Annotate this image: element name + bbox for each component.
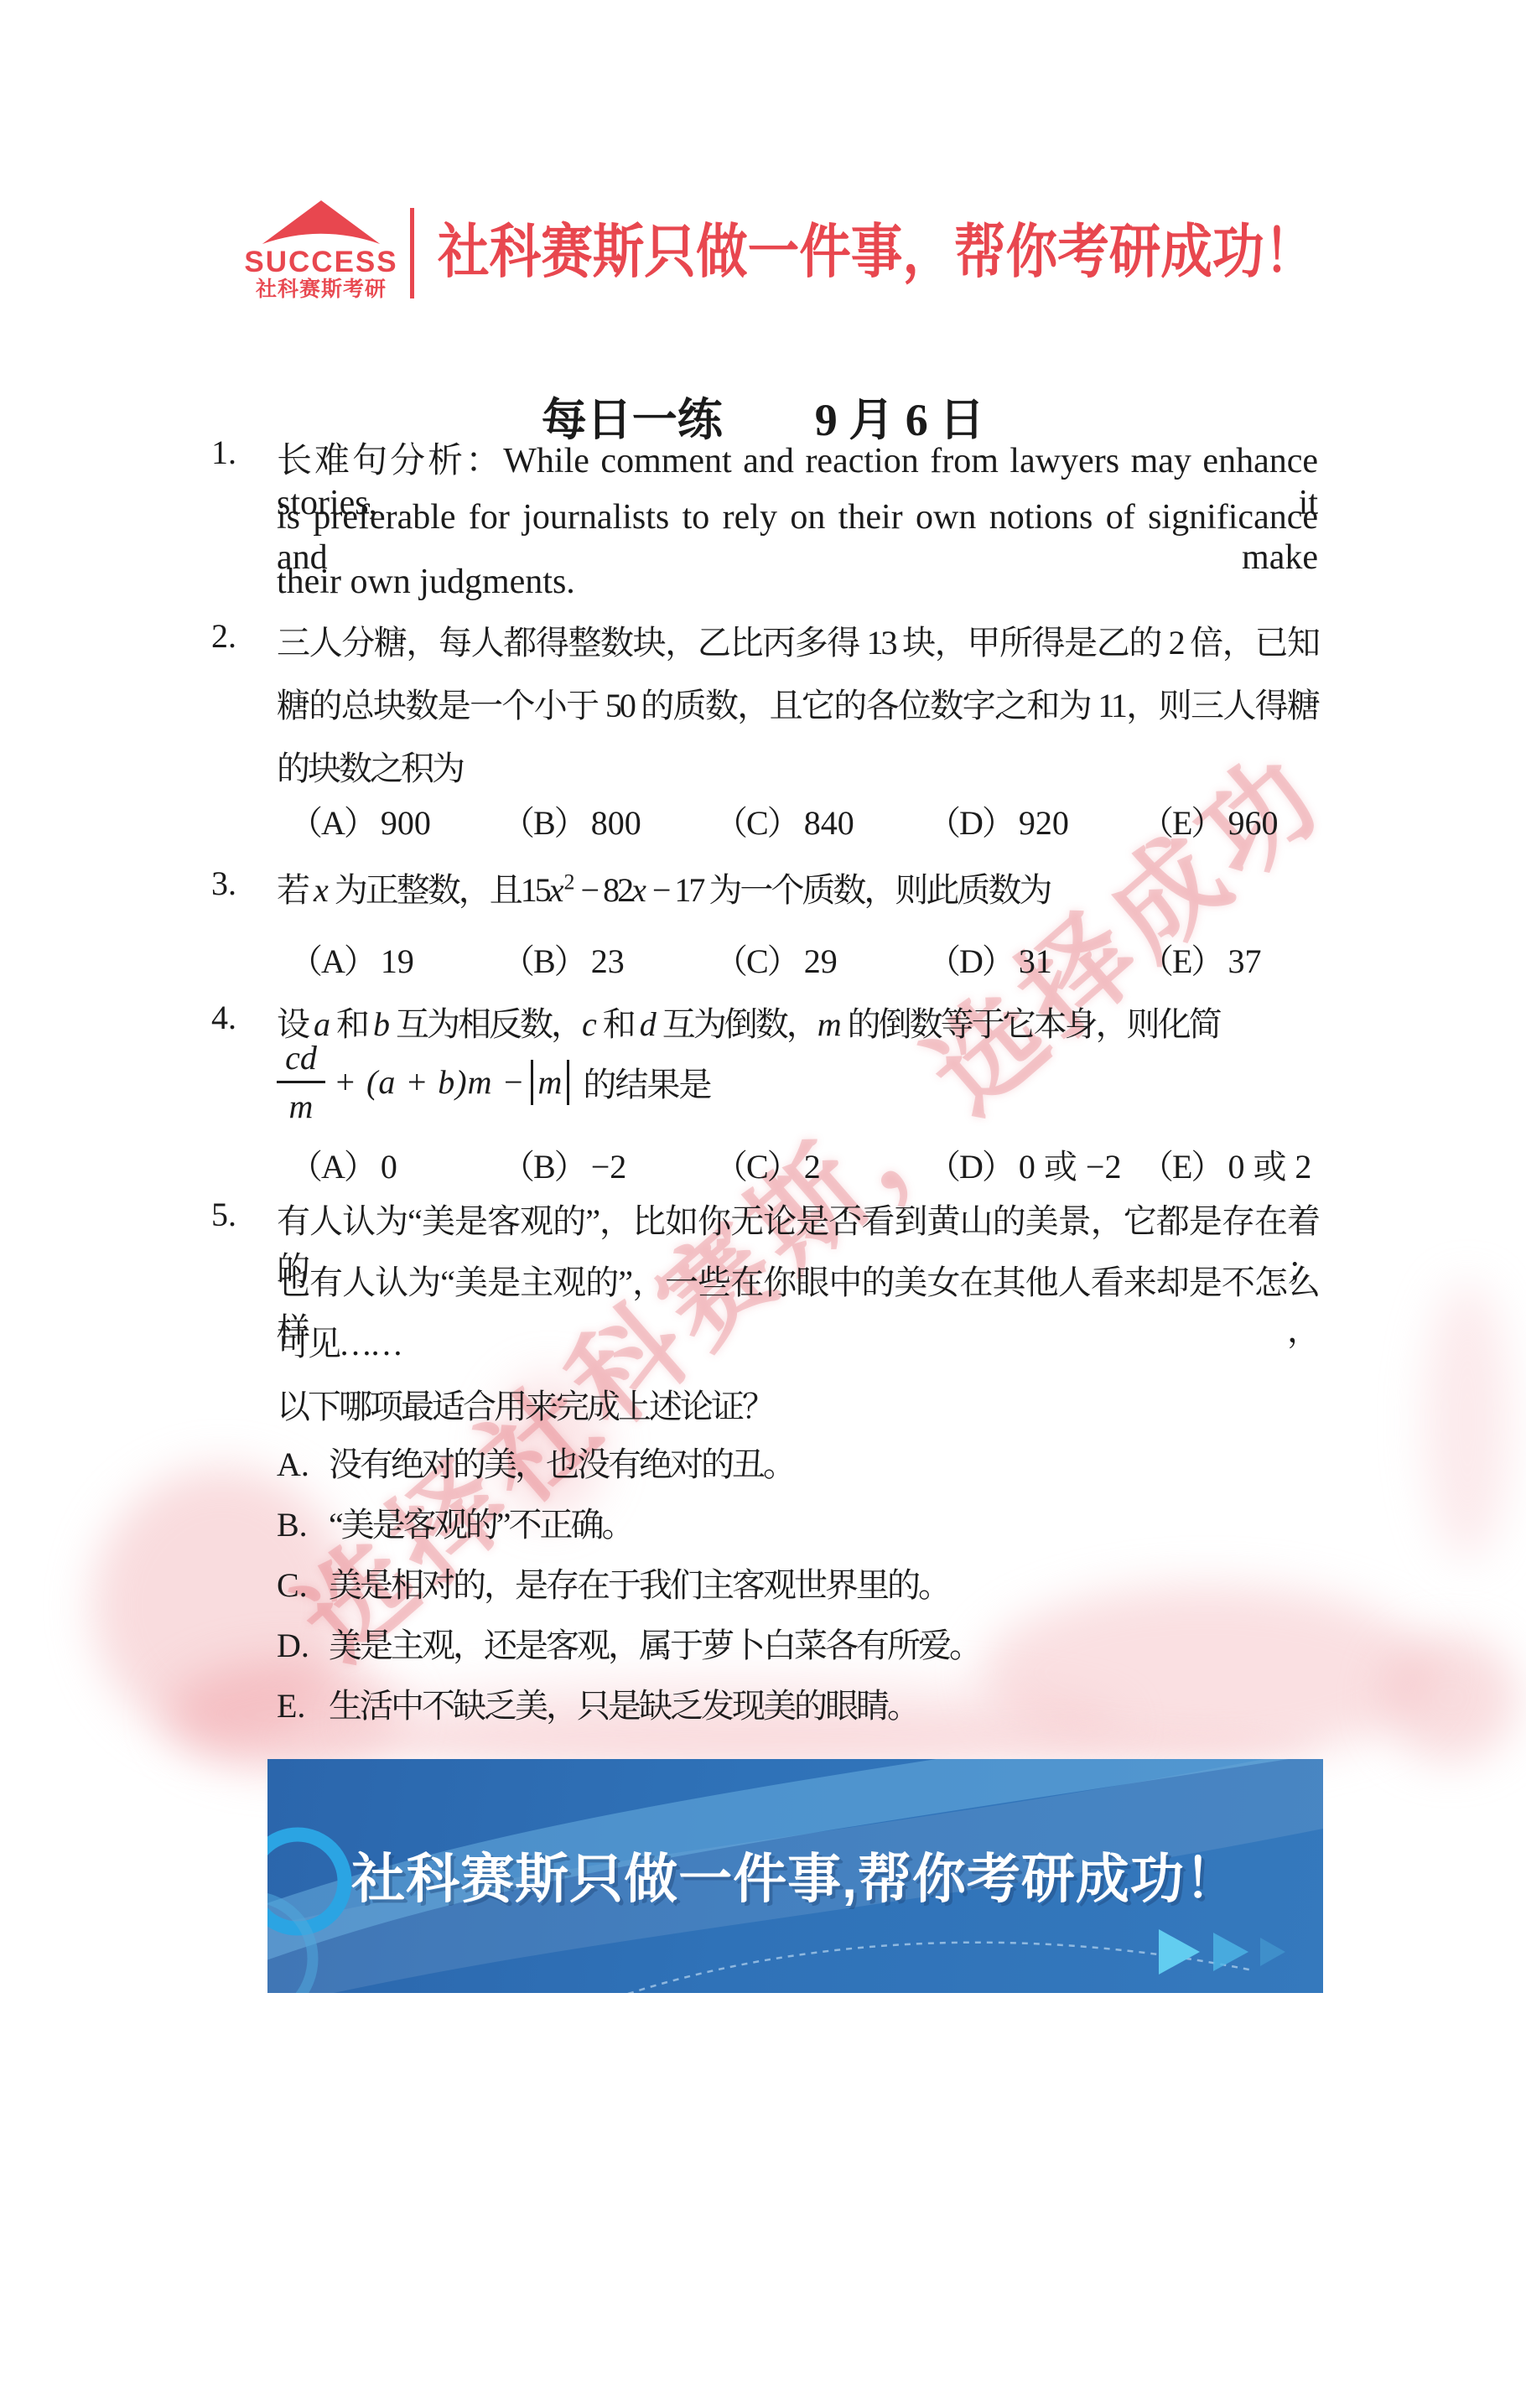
fraction-numerator: cd: [285, 1038, 317, 1077]
option-label: D.: [277, 1626, 329, 1665]
watercolor-blob: [1383, 1635, 1518, 1761]
option-label: （E）: [1140, 942, 1222, 980]
fraction-bar: [277, 1081, 325, 1083]
logo-subtitle: 社科赛斯考研: [237, 278, 405, 302]
option-item: （A）0: [289, 1140, 397, 1188]
option-value: 920: [1019, 804, 1069, 842]
option-value: 0: [381, 1148, 397, 1186]
question-2-number: 2.: [211, 616, 270, 656]
option-label: （C）: [714, 1148, 799, 1186]
option-value: 23: [591, 942, 625, 980]
option-value: 2: [804, 1148, 821, 1186]
abs-var: m: [538, 1062, 563, 1102]
question-5-option: A.没有绝对的美，也没有绝对的丑。: [277, 1438, 1318, 1486]
promo-banner: 社科赛斯只做一件事,帮你考研成功！: [267, 1759, 1323, 1993]
option-item: （E）0 或 2: [1140, 1140, 1311, 1188]
stem-text: 若: [277, 871, 314, 909]
option-label: （D）: [927, 942, 1014, 980]
question-2-line: 三人分糖，每人都得整数块，乙比丙多得 13 块，甲所得是乙的 2 倍，已知: [277, 616, 1318, 664]
option-text: 美是相对的，是存在于我们主客观世界里的。: [329, 1566, 949, 1604]
stem-text: − 17 为一个质数，则此质数为: [646, 871, 1051, 909]
option-value: 37: [1228, 942, 1261, 980]
option-item: （B）800: [501, 797, 641, 844]
page: { "page": {"width": 1820, "height": 2872…: [0, 0, 1526, 2408]
question-3-stem: 若 x 为正整数，且15x2 − 82x − 17 为一个质数，则此质数为: [277, 864, 1318, 911]
option-label: （A）: [289, 804, 376, 842]
option-item: （E）37: [1140, 935, 1261, 983]
watercolor-blob: [1425, 1283, 1509, 1559]
option-label: （C）: [714, 804, 799, 842]
option-value: 0 或 2: [1228, 1148, 1311, 1186]
option-label: （E）: [1140, 804, 1222, 842]
question-4-options: （A）0 （B）−2 （C）2 （D）0 或 −2 （E）0 或 2: [277, 1140, 1318, 1182]
option-label: A.: [277, 1445, 329, 1484]
option-label: （C）: [714, 942, 799, 980]
option-label: （A）: [289, 1148, 376, 1186]
option-label: （E）: [1140, 1148, 1222, 1186]
success-logo: SUCCESS 社科赛斯考研: [237, 198, 405, 302]
option-value: 29: [804, 942, 838, 980]
fraction-denominator: m: [289, 1087, 314, 1126]
option-value: 19: [381, 942, 414, 980]
stem-text: 的倒数等于它本身，则化简: [842, 1005, 1220, 1043]
mountain-icon: [254, 198, 388, 247]
play-arrow-icon: [1159, 1929, 1200, 1975]
stem-text: − 82: [575, 871, 632, 909]
option-label: （B）: [501, 942, 586, 980]
option-value: 960: [1228, 804, 1278, 842]
question-5-option: D.美是主观，还是客观，属于萝卜白菜各有所爱。: [277, 1619, 1318, 1667]
abs-bar: [531, 1060, 533, 1105]
option-label: （D）: [927, 1148, 1014, 1186]
option-text: “美是客观的”不正确。: [329, 1506, 633, 1544]
question-4-number: 4.: [211, 998, 270, 1037]
play-arrow-icon: [1260, 1938, 1285, 1966]
option-label: （B）: [501, 804, 586, 842]
option-text: 生活中不缺乏美，只是缺乏发现美的眼睛。: [329, 1687, 918, 1725]
question-3-number: 3.: [211, 864, 270, 903]
option-value: 840: [804, 804, 854, 842]
option-value: 31: [1019, 942, 1052, 980]
option-item: （D）31: [927, 935, 1052, 983]
math-var: m: [817, 1005, 842, 1043]
question-4-formula: cdm + (a + b)m − m 的结果是: [277, 1038, 710, 1126]
option-label: （D）: [927, 804, 1014, 842]
question-2-line: 的块数之积为: [277, 742, 1318, 790]
question-5-option: C.美是相对的，是存在于我们主客观世界里的。: [277, 1559, 1318, 1606]
option-label: （A）: [289, 942, 376, 980]
logo-brand: SUCCESS: [237, 247, 405, 278]
math-var: x: [549, 871, 564, 909]
stem-text: 为正整数，且15: [329, 871, 549, 909]
option-item: （C）2: [714, 1140, 821, 1188]
option-text: 没有绝对的美，也没有绝对的丑。: [329, 1445, 794, 1483]
option-value: 800: [591, 804, 641, 842]
option-item: （E）960: [1140, 797, 1278, 844]
option-item: （D）0 或 −2: [927, 1140, 1121, 1188]
option-label: C.: [277, 1565, 329, 1605]
math-exponent: 2: [564, 870, 575, 895]
option-item: （B）23: [501, 935, 625, 983]
question-5-number: 5.: [211, 1195, 270, 1234]
question-3-options: （A）19 （B）23 （C）29 （D）31 （E）37: [277, 935, 1318, 977]
formula-middle: + (a + b)m −: [334, 1062, 526, 1102]
math-var: x: [314, 871, 329, 909]
question-5-option: E.生活中不缺乏美，只是缺乏发现美的眼睛。: [277, 1679, 1318, 1727]
question-1-line: their own judgments.: [277, 562, 1318, 602]
option-value: 0 或 −2: [1019, 1148, 1122, 1186]
option-item: （A）900: [289, 797, 431, 844]
option-label: （B）: [501, 1148, 586, 1186]
option-item: （B）−2: [501, 1140, 626, 1188]
abs-bar: [567, 1060, 569, 1105]
fraction: cdm: [277, 1038, 325, 1126]
option-item: （A）19: [289, 935, 414, 983]
banner-slogan: 社科赛斯只做一件事,帮你考研成功！: [267, 1836, 1323, 1913]
question-2-line: 糖的总块数是一个小于 50 的质数，且它的各位数字之和为 11，则三人得糖: [277, 679, 1318, 727]
question-5-line: 以下哪项最适合用来完成上述论证？: [277, 1380, 1318, 1428]
option-value: −2: [591, 1148, 627, 1186]
question-5-line: 可见……: [277, 1317, 1318, 1365]
option-item: （C）29: [714, 935, 838, 983]
option-text: 美是主观，还是客观，属于萝卜白菜各有所爱。: [329, 1627, 980, 1664]
option-label: E.: [277, 1686, 329, 1726]
header-slogan: 社科赛斯只做一件事，帮你考研成功！: [438, 205, 1316, 298]
play-arrow-icon: [1213, 1933, 1248, 1971]
question-2-options: （A）900 （B）800 （C）840 （D）920 （E）960: [277, 797, 1318, 838]
option-item: （D）920: [927, 797, 1069, 844]
formula-tail: 的结果是: [583, 1058, 710, 1106]
header-divider: [410, 208, 414, 298]
option-item: （C）840: [714, 797, 854, 844]
question-1-number: 1.: [211, 433, 270, 472]
math-var: x: [631, 871, 646, 909]
question-5-option: B.“美是客观的”不正确。: [277, 1498, 1318, 1546]
option-label: B.: [277, 1505, 329, 1544]
option-value: 900: [381, 804, 431, 842]
